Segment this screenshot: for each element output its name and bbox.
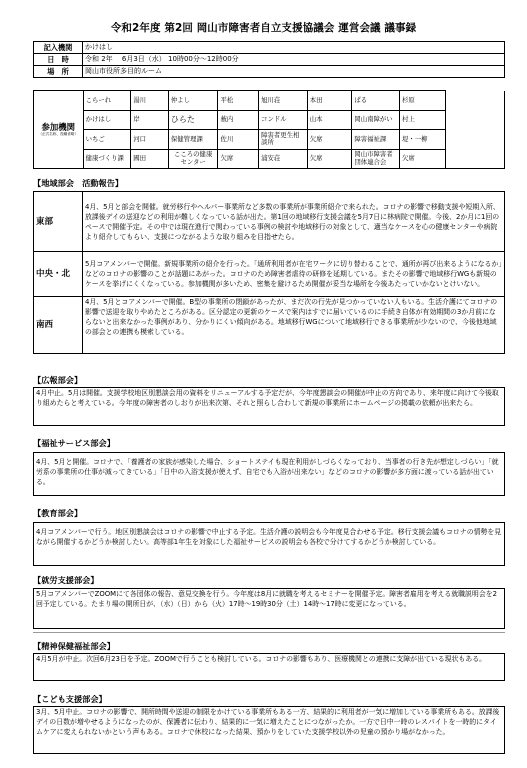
info-label: 場 所 [34, 66, 83, 78]
attendee: 杉原 [399, 91, 445, 111]
info-label: 記入機関 [34, 42, 83, 54]
org-name: 旭川荘 [259, 91, 308, 111]
org-name: かけはし [83, 110, 131, 130]
attendee: 薮内 [218, 110, 259, 130]
region-label: 東部 [34, 192, 83, 252]
org-name: こころの健康センター [168, 149, 218, 169]
mental-health-section-body: 4月5月が中止。次回6月23日を予定。ZOOMで行うことも検討している。コロナの… [33, 653, 505, 681]
attendee: 欠席 [399, 149, 445, 169]
org-name: こらーれ [83, 91, 131, 111]
attendee: 欠席 [307, 130, 352, 150]
attendee: 本田 [307, 91, 352, 111]
participants-note: （正式名称、役職省略） [36, 132, 81, 137]
meeting-info-table: 記入機関 かけはし 日 時 令和 2年 6月3日（水） 10時00分～12時00… [33, 41, 505, 78]
participants-row: かけはし 岸 ひらた 薮内 コンドル 山本 岡山南障がい 村上 [34, 110, 505, 130]
employment-section-body: 5月コアメンバーでZOOMにて各団体の報告、意見交換を行う。今年度は8月に就職を… [33, 588, 505, 629]
org-name: 岡山南障がい [352, 110, 400, 130]
region-row-southwest: 南西 4月、5月とコアメンバーで開催。B型の事業所の閉鎖があったが、まだ次の行先… [34, 297, 505, 354]
region-row-central-north: 中央・北 5月コアメンバーで開催。新規事業所の紹介を行った。「通所利用者が在宅ワ… [34, 252, 505, 297]
regional-section-title: 【地域部会 活動報告】 [33, 178, 123, 189]
info-label: 日 時 [34, 54, 83, 66]
region-report: 5月コアメンバーで開催。新規事業所の紹介を行った。「通所利用者が在宅ワークに切り… [83, 252, 505, 297]
attendee: 村上 [399, 110, 445, 130]
attendee: 欠席 [307, 149, 352, 169]
region-label: 南西 [34, 297, 83, 354]
info-row-datetime: 日 時 令和 2年 6月3日（水） 10時00分～12時00分 [34, 54, 505, 66]
divider [33, 632, 505, 633]
org-name: いちご [83, 130, 131, 150]
attendee: 佐川 [218, 130, 259, 150]
org-name: 障害者更生相談所 [259, 130, 308, 150]
regional-reports-table: 東部 4月、5月と部会を開催。就労移行やヘルパー事業所など多数の事業所が事業所紹… [33, 191, 505, 354]
attendee: 欠席 [218, 149, 259, 169]
children-section-title: 【こども支援部会】 [33, 694, 107, 705]
attendee: 平松 [218, 91, 259, 111]
region-report: 4月、5月とコアメンバーで開催。B型の事業所の閉鎖があったが、まだ次の行先が見つ… [83, 297, 505, 354]
org-name: 浦安荘 [259, 149, 308, 169]
org-name: 仲よし [168, 91, 218, 111]
welfare-section-title: 【福祉サービス部会】 [33, 438, 115, 449]
participants-label: 参加機関（正式名称、役職省略） [34, 91, 84, 169]
info-row-place: 場 所 岡山市役所多目的ルーム [34, 66, 505, 78]
info-value: かけはし [83, 42, 505, 54]
children-section-body: 3月、5月中止。コロナの影響で、開所時間や送迎の制限をかけている事業所もある一方… [33, 706, 505, 754]
education-section-body: 4月コアメンバーで行う。地区別懇談会はコロナの影響で中止する予定。生活介護の説明… [33, 522, 505, 566]
participants-row: 健康づくり課 國田 こころの健康センター 欠席 浦安荘 欠席 岡山市障害者団体連… [34, 149, 505, 169]
attendee: 湯川 [131, 91, 169, 111]
attendee: 河口 [131, 130, 169, 150]
info-value: 岡山市役所多目的ルーム [83, 66, 505, 78]
pr-section-title: 【広報部会】 [33, 375, 82, 386]
attendee: 山本 [307, 110, 352, 130]
org-name: 健康づくり課 [83, 149, 131, 169]
info-row-recorder: 記入機関 かけはし [34, 42, 505, 54]
pr-section-body: 4月中止。5月は開催。支援学校地区別懇談会用の資料をリニューアルする予定だが、今… [33, 387, 505, 426]
welfare-section-body: 4月、5月と開催。コロナで、「養護者の家族が感染した場合、ショートステイも現在利… [33, 452, 505, 496]
org-name: ひらた [168, 110, 218, 130]
participants-table: 参加機関（正式名称、役職省略） こらーれ 湯川 仲よし 平松 旭川荘 本田 ぱる… [33, 90, 505, 169]
org-name: ぱる [352, 91, 400, 111]
region-label: 中央・北 [34, 252, 83, 297]
employment-section-title: 【就労支援部会】 [33, 575, 99, 586]
org-name: 岡山市障害者団体連合会 [352, 149, 400, 169]
mental-health-section-title: 【精神保健福祉部会】 [33, 641, 115, 652]
document-title: 令和2年度 第2回 岡山市障害者自立支援協議会 運営会議 議事録 [0, 20, 527, 35]
minutes-page: 令和2年度 第2回 岡山市障害者自立支援協議会 運営会議 議事録 記入機関 かけ… [0, 0, 527, 768]
region-report: 4月、5月と部会を開催。就労移行やヘルパー事業所など多数の事業所が事業所紹介で来… [83, 192, 505, 252]
org-name: コンドル [259, 110, 308, 130]
org-name: 障害福祉課 [352, 130, 400, 150]
attendee: 堤・一柳 [399, 130, 445, 150]
info-value: 令和 2年 6月3日（水） 10時00分～12時00分 [83, 54, 505, 66]
region-row-east: 東部 4月、5月と部会を開催。就労移行やヘルパー事業所など多数の事業所が事業所紹… [34, 192, 505, 252]
attendee: 國田 [131, 149, 169, 169]
org-name: 保健管理課 [168, 130, 218, 150]
attendee: 岸 [131, 110, 169, 130]
education-section-title: 【教育部会】 [33, 508, 82, 519]
participants-row: 参加機関（正式名称、役職省略） こらーれ 湯川 仲よし 平松 旭川荘 本田 ぱる… [34, 91, 505, 111]
participants-row: いちご 河口 保健管理課 佐川 障害者更生相談所 欠席 障害福祉課 堤・一柳 [34, 130, 505, 150]
